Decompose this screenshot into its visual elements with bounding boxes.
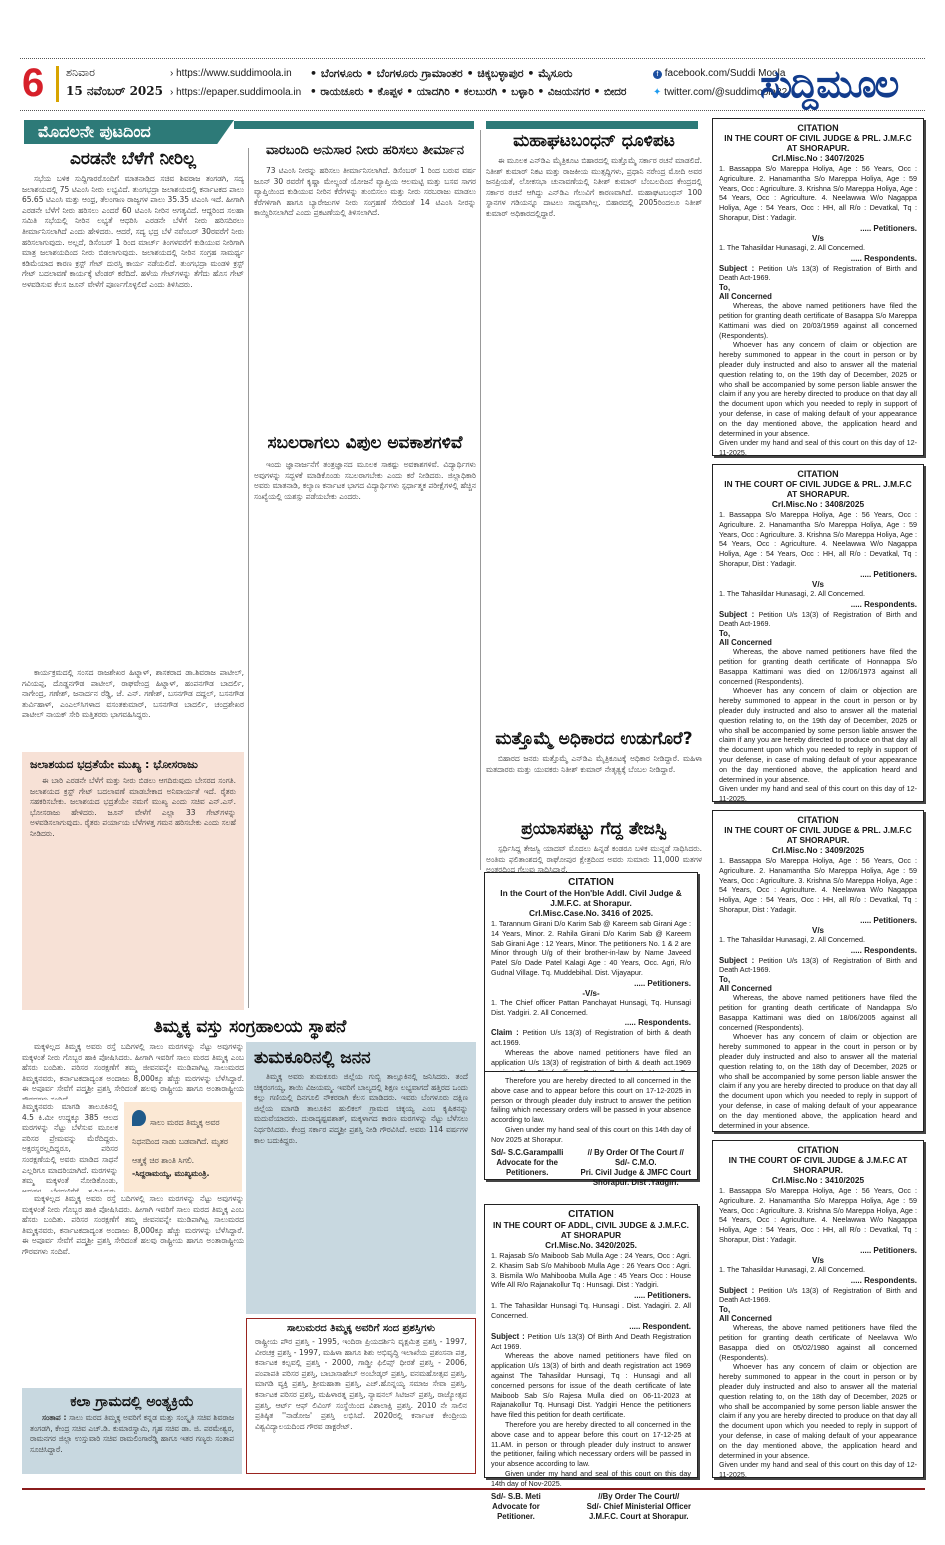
citation-para: Whereas, the above named petitioners hav… — [719, 993, 917, 1032]
subject-label: Subject : — [491, 1332, 525, 1341]
citation-3407: CITATION IN THE COURT OF CIVIL JUDGE & P… — [712, 118, 924, 456]
column-rule — [480, 130, 481, 870]
article-body: ಮಕ್ಕಳಿಲ್ಲದ ತಿಮ್ಮಕ್ಕ ಅವರು ರಸ್ತೆ ಬದಿಗಳಲ್ಲಿ… — [22, 1042, 244, 1100]
all-concerned-label: All Concerned — [719, 984, 917, 993]
citation-3408: CITATION IN THE COURT OF CIVIL JUDGE & P… — [712, 464, 924, 802]
court-name: IN THE COURT OF CIVIL JUDGE & PRL. J.M.F… — [719, 133, 917, 153]
subject-label: Subject : — [719, 956, 754, 965]
versus: V/s — [719, 234, 917, 243]
column-rule — [248, 148, 249, 1008]
petitioners-label: ..... Petitioners. — [719, 915, 917, 926]
article-body-continued: ಮಕ್ಕಳಿಲ್ಲದ ತಿಮ್ಮಕ್ಕ ಅವರು ರಸ್ತೆ ಬದಿಗಳಲ್ಲಿ… — [22, 1194, 244, 1394]
respondents-list: 1. The Tahasildar Hunsagi Tq. Hunsagi . … — [491, 1301, 691, 1321]
respondents-list: 1. The Tahasildar Hunasagi, 2. All Conce… — [719, 589, 917, 599]
respondents-label: ..... Respondents. — [491, 1017, 691, 1028]
editions-row-1: • ಬೆಂಗಳೂರು • ಬೆಂಗಳೂರು ಗ್ರಾಮಾಂತರ • ಚಿಕ್ಕಬ… — [310, 67, 573, 81]
petitioners-label: ..... Petitioners. — [491, 978, 691, 989]
to-label: To, — [719, 283, 917, 292]
signature-left: Sd/- S.C.GarampalliAdvocate for thePetit… — [491, 1148, 563, 1188]
article-body: ಈ ಮೂಲಕ ಎನ್‌ಡಿಎ ಮೈತ್ರಿಕೂಟ ಬಿಹಾರದಲ್ಲಿ ಮತ್ತ… — [486, 156, 702, 711]
article-tejaswi: ಪ್ರಯಾಸಪಟ್ಟು ಗೆದ್ದ ತೇಜಸ್ವಿ ಸ್ಪರ್ಧಿಸಿದ್ದ ತ… — [486, 818, 702, 876]
subject-label: Subject : — [719, 1286, 754, 1295]
respondents-list: 1. The Tahasildar Hunasagi, 2. All Conce… — [719, 935, 917, 945]
citation-para: Given under my hand and seal of this cou… — [719, 1130, 917, 1132]
case-number: Crl.Misc.No : 3409/2025 — [719, 845, 917, 856]
petitioners-label: ..... Petitioners. — [719, 1245, 917, 1256]
petitioners-label: ..... Petitioners. — [719, 569, 917, 580]
petitioners-list: 1. Rajasab S/o Maiboob Sab Mulla Age : 2… — [491, 1251, 691, 1290]
top-divider — [20, 58, 925, 59]
article-thimmakka-museum: ತಿಮ್ಮಕ್ಕ ವಸ್ತು ಸಂಗ್ರಹಾಲಯ ಸ್ಥಾಪನೆ — [22, 1016, 478, 1038]
signature-right: // By Order Of The Court //Sd/- C.M.O.Pr… — [581, 1148, 691, 1188]
headline: ಮಹಾಘಟಬಂಧನ್ ಧೂಳಿಪಟ — [486, 130, 702, 152]
respondents-list: 1. The Tahasildar Hunasagi, 2. All Conce… — [719, 1265, 917, 1275]
petitioners-list: 1. Bassappa S/o Mareppa Holiya, Age : 56… — [719, 856, 917, 915]
article-adhikarada: ಮತ್ತೊಮ್ಮೆ ಅಧಿಕಾರದ ಉಡುಗೊರೆ? ಬಿಹಾರದ ಜನರು ಮ… — [486, 728, 702, 818]
subject-label: Subject : — [719, 264, 754, 273]
versus: V/s — [719, 1256, 917, 1265]
citation-para: Given under my hand seal of this court o… — [491, 1125, 691, 1145]
all-concerned-label: All Concerned — [719, 1314, 917, 1323]
citation-para: Given under my hand and seal of this cou… — [491, 1469, 691, 1489]
facebook-icon: f — [653, 70, 662, 79]
citation-para: Given under my hand and seal of this cou… — [719, 438, 917, 456]
quote-author: -ಸಿದ್ದರಾಮಯ್ಯ, ಮುಖ್ಯಮಂತ್ರಿ. — [132, 1169, 234, 1179]
lead-label: ಸಂತಾಪ : — [42, 1413, 67, 1422]
pull-quote: ಸಾಲು ಮರದ ತಿಮ್ಮಕ್ಕ ಅವರ ನಿಧನದಿಂದ ನಾಡು ಬಡವಾ… — [124, 1102, 242, 1192]
twitter-icon: ✦ — [653, 87, 661, 98]
quote-icon — [132, 1110, 146, 1126]
case-number: Crl.Misc.No : 3410/2025 — [719, 1175, 917, 1186]
to-label: To, — [719, 975, 917, 984]
accent-bar — [56, 66, 59, 102]
subject-label: Subject : — [719, 610, 754, 619]
citations-column: CITATION IN THE COURT OF CIVIL JUDGE & P… — [712, 118, 924, 1478]
versus: V/s — [719, 580, 917, 589]
case-number: Crl.Misc.No : 3408/2025 — [719, 499, 917, 510]
article-body: 73 ಟಿಎಂಸಿ ನೀರನ್ನು ಹರಿಸಲು ತೀರ್ಮಾನಿಸಲಾಗಿದೆ… — [254, 166, 476, 426]
all-concerned-label: All Concerned — [719, 292, 917, 301]
article-body: ಇಂದು ಜ್ಞಾನಾರ್ಜನೆಗೆ ತಂತ್ರಜ್ಞಾನದ ಮೂಲಕ ಸಾಕಷ… — [254, 460, 476, 1000]
day-name: ಶನಿವಾರ — [66, 66, 95, 80]
citation-para: Whoever has any concern of claim or obje… — [719, 340, 917, 438]
headline: ಮತ್ತೊಮ್ಮೆ ಅಧಿಕಾರದ ಉಡುಗೊರೆ? — [486, 728, 702, 750]
case-number: Crl.Misc.No. 3420/2025. — [491, 1240, 691, 1251]
citation-para: Therefore you are hereby directed to all… — [491, 1420, 691, 1469]
citation-3416-cont: Therefore you are hereby directed to all… — [484, 1072, 698, 1180]
teal-rule — [234, 121, 474, 129]
citation-title: CITATION — [491, 877, 691, 888]
citation-title: CITATION — [719, 469, 917, 479]
signature-right: //By Order The Court//Sd/- Chief Ministe… — [587, 1492, 691, 1522]
citation-para: Therefore you are hereby directed to all… — [491, 1076, 691, 1125]
citation-para: Whoever has any concern of claim or obje… — [719, 686, 917, 784]
petitioners-list: 1. Tarannum Girani D/o Karim Sab @ Karee… — [491, 919, 691, 978]
case-number: Crl.Misc.No : 3407/2025 — [719, 153, 917, 164]
headline: ವಾರಬಂದಿ ಅನುಸಾರ ನೀರು ಹರಿಸಲು ತೀರ್ಮಾನ — [254, 140, 476, 162]
article-bhosaraju: ಜಲಾಶಯದ ಭದ್ರತೆಯೇ ಮುಖ್ಯ : ಭೋಸರಾಜು ಈ ಬಾರಿ ಎ… — [22, 752, 244, 1010]
to-label: To, — [719, 1305, 917, 1314]
respondents-label: ..... Respondents. — [719, 1275, 917, 1286]
petitioners-list: 1. Bassappa S/o Mareppa Holiya, Age : 56… — [719, 164, 917, 223]
article-body-wrap: ತಿಮ್ಮಕ್ಕನವರು ಮಾಗಡಿ ತಾಲೂಕಿನಲ್ಲಿ 4.5 ಕಿ.ಮೀ… — [22, 1102, 118, 1192]
headline: ಸಾಲುಮರದ ತಿಮ್ಮಕ್ಕ ಅವರಿಗೆ ಸಂದ ಪ್ರಶಸ್ತಿಗಳು — [255, 1323, 467, 1334]
citation-3410: CITATION IN THE COURT OF CIVIL JUDGE & J… — [712, 1140, 924, 1478]
thimmakka-body: ಮಕ್ಕಳಿಲ್ಲದ ತಿಮ್ಮಕ್ಕ ಅವರು ರಸ್ತೆ ಬದಿಗಳಲ್ಲಿ… — [22, 1042, 244, 1394]
article-body-continued: ಕಾರ್ಯಕ್ರಮದಲ್ಲಿ ಸಂಸದ ರಾಜಶೇಖರ ಹಿಟ್ನಾಳ್, ಶಾ… — [22, 668, 244, 756]
court-name: IN THE COURT OF CIVIL JUDGE & PRL. J.M.F… — [719, 825, 917, 845]
newspaper-logo: ಸುದ್ದಿಮೂಲ — [760, 62, 897, 106]
citation-3409: CITATION IN THE COURT OF CIVIL JUDGE & P… — [712, 810, 924, 1132]
article-body: ರಾಷ್ಟ್ರೀಯ ಪೌರ ಪ್ರಶಸ್ತಿ - 1995, ಇಂದಿರಾ ಪ್… — [255, 1337, 467, 1465]
petitioners-list: 1. Bassappa S/o Mareppa Holiya, Age : 56… — [719, 510, 917, 569]
article-erdane-bele: ಎರಡನೇ ಬೆಳೆಗೆ ನೀರಿಲ್ಲ ಸಭೆಯ ಬಳಿಕ ಸುದ್ದಿಗಾರ… — [22, 148, 244, 756]
article-warabandi: ವಾರಬಂದಿ ಅನುಸಾರ ನೀರು ಹರಿಸಲು ತೀರ್ಮಾನ 73 ಟಿ… — [254, 140, 476, 426]
citation-3416: CITATION In the Court of the Hon'ble Add… — [484, 872, 698, 1072]
article-kalagrama: ಕಲಾ ಗ್ರಾಮದಲ್ಲಿ ಅಂತ್ಯಕ್ರಿಯೆ ಸಂತಾಪ : ಸಾಲು … — [22, 1388, 242, 1474]
article-body: ಈ ಬಾರಿ ಎರಡನೇ ಬೆಳೆಗೆ ಮತ್ತು ನೀರು ಬಿಡಲು ಆಗದ… — [30, 776, 236, 1000]
citation-para: Whereas, the above named petitioners hav… — [719, 1323, 917, 1362]
signature-left: Sd/- S.B. MetiAdvocate forPetitioner. — [491, 1492, 541, 1522]
masthead-divider — [20, 110, 925, 111]
citation-para: Whoever has any concern of claim or obje… — [719, 1362, 917, 1460]
to-label: To, — [719, 629, 917, 638]
court-name: In the Court of the Hon'ble Addl. Civil … — [491, 888, 691, 908]
respondents-label: ..... Respondents. — [719, 253, 917, 264]
citation-title: CITATION — [719, 123, 917, 133]
petitioners-list: 1. Bassappa S/o Mareppa Holiya, Age : 56… — [719, 1186, 917, 1245]
article-body: ಸಭೆಯ ಬಳಿಕ ಸುದ್ದಿಗಾರರೊಂದಿಗೆ ಮಾತನಾಡಿದ ಸಚಿವ… — [22, 174, 244, 664]
petitioners-label: ..... Petitioners. — [491, 1290, 691, 1301]
citation-para: Whereas the above named petitioners have… — [491, 1351, 691, 1420]
citation-para: Whoever has any concern of claim or obje… — [719, 1032, 917, 1130]
article-body: ತಿಮ್ಮಕ್ಕ ಅವರು ತುಮಕೂರು ಜಿಲ್ಲೆಯ ಗುಬ್ಬಿ ತಾಲ… — [254, 1072, 468, 1298]
bottom-rule — [22, 1488, 925, 1490]
citation-para: Given under my hand and seal of this cou… — [719, 1460, 917, 1478]
respondents-list: 1. The Chief officer Pattan Panchayat Hu… — [491, 998, 691, 1018]
editions-row-2: • ರಾಯಚೂರು • ಕೊಪ್ಪಳ • ಯಾದಗಿರಿ • ಕಲಬುರಗಿ •… — [310, 86, 626, 99]
headline: ತಿಮ್ಮಕ್ಕ ವಸ್ತು ಸಂಗ್ರಹಾಲಯ ಸ್ಥಾಪನೆ — [22, 1016, 478, 1038]
headline: ಜಲಾಶಯದ ಭದ್ರತೆಯೇ ಮುಖ್ಯ : ಭೋಸರಾಜು — [30, 758, 236, 772]
citation-title: CITATION — [719, 815, 917, 825]
headline: ಸಬಲರಾಗಲು ವಿಪುಲ ಅವಕಾಶಗಳಿವೆ — [254, 432, 476, 454]
versus: -V/s- — [491, 989, 691, 998]
masthead: 6 ಶನಿವಾರ 15 ನವೆಂಬರ್ 2025 › https://www.s… — [20, 62, 925, 107]
court-name: IN THE COURT OF CIVIL JUDGE & PRL. J.M.F… — [719, 479, 917, 499]
court-name: IN THE COURT OF ADDL, CIVIL JUDGE & J.M.… — [491, 1220, 691, 1240]
respondents-label: ..... Respondents. — [719, 599, 917, 610]
issue-date: 15 ನವೆಂಬರ್ 2025 — [66, 84, 163, 99]
quote-text: ಸಾಲು ಮರದ ತಿಮ್ಮಕ್ಕ ಅವರ ನಿಧನದಿಂದ ನಾಡು ಬಡವಾ… — [132, 1118, 228, 1165]
versus: V/s — [719, 926, 917, 935]
claim-text: Petition U/s 13(3) of Registration of bi… — [491, 1028, 691, 1047]
article-mahaghatbandhan: ಮಹಾಘಟಬಂಧನ್ ಧೂಳಿಪಟ ಈ ಮೂಲಕ ಎನ್‌ಡಿಎ ಮೈತ್ರಿಕ… — [486, 130, 702, 711]
article-awards: ಸಾಲುಮರದ ತಿಮ್ಮಕ್ಕ ಅವರಿಗೆ ಸಂದ ಪ್ರಶಸ್ತಿಗಳು … — [246, 1318, 476, 1474]
respondents-label: ..... Respondent. — [491, 1321, 691, 1332]
claim-label: Claim : — [491, 1028, 519, 1037]
teal-rule — [486, 121, 698, 129]
section-banner: ಮೊದಲನೇ ಪುಟದಿಂದ — [24, 120, 234, 144]
case-number: Crl.Misc.Case.No. 3416 of 2025. — [491, 908, 691, 919]
headline: ತುಮಕೂರಿನಲ್ಲಿ ಜನನ — [254, 1048, 468, 1068]
court-name: IN THE COURT OF CIVIL JUDGE & J.M.F.C AT… — [719, 1155, 917, 1175]
website-link[interactable]: › https://www.suddimoola.in — [170, 68, 292, 79]
article-sabalaragalu: ಸಬಲರಾಗಲು ವಿಪುಲ ಅವಕಾಶಗಳಿವೆ ಇಂದು ಜ್ಞಾನಾರ್ಜ… — [254, 432, 476, 1000]
all-concerned-label: All Concerned — [719, 638, 917, 647]
headline: ಕಲಾ ಗ್ರಾಮದಲ್ಲಿ ಅಂತ್ಯಕ್ರಿಯೆ — [30, 1394, 234, 1410]
citation-title: CITATION — [719, 1145, 917, 1155]
article-tumakuru: ತುಮಕೂರಿನಲ್ಲಿ ಜನನ ತಿಮ್ಮಕ್ಕ ಅವರು ತುಮಕೂರು ಜ… — [246, 1042, 476, 1314]
respondents-label: ..... Respondents. — [719, 945, 917, 956]
respondents-list: 1. The Tahasildar Hunasagi, 2. All Conce… — [719, 243, 917, 253]
citation-para: Given under my hand and seal of this cou… — [719, 784, 917, 802]
citation-para: Whereas, the above named petitioners hav… — [719, 647, 917, 686]
headline: ಎರಡನೇ ಬೆಳೆಗೆ ನೀರಿಲ್ಲ — [22, 148, 244, 170]
citation-para: Whereas, the above named petitioners hav… — [719, 301, 917, 340]
page-number: 6 — [22, 62, 44, 104]
citation-title: CITATION — [491, 1209, 691, 1220]
petitioners-label: ..... Petitioners. — [719, 223, 917, 234]
headline: ಪ್ರಯಾಸಪಟ್ಟು ಗೆದ್ದ ತೇಜಸ್ವಿ — [486, 818, 702, 840]
epaper-link[interactable]: › https://epaper.suddimoola.in — [170, 87, 301, 98]
citation-3420: CITATION IN THE COURT OF ADDL, CIVIL JUD… — [484, 1204, 698, 1478]
article-body: ಬಿಹಾರದ ಜನರು ಮತ್ತೊಮ್ಮೆ ಎನ್‌ಡಿಎ ಮೈತ್ರಿಕೂಟಕ… — [486, 754, 702, 818]
